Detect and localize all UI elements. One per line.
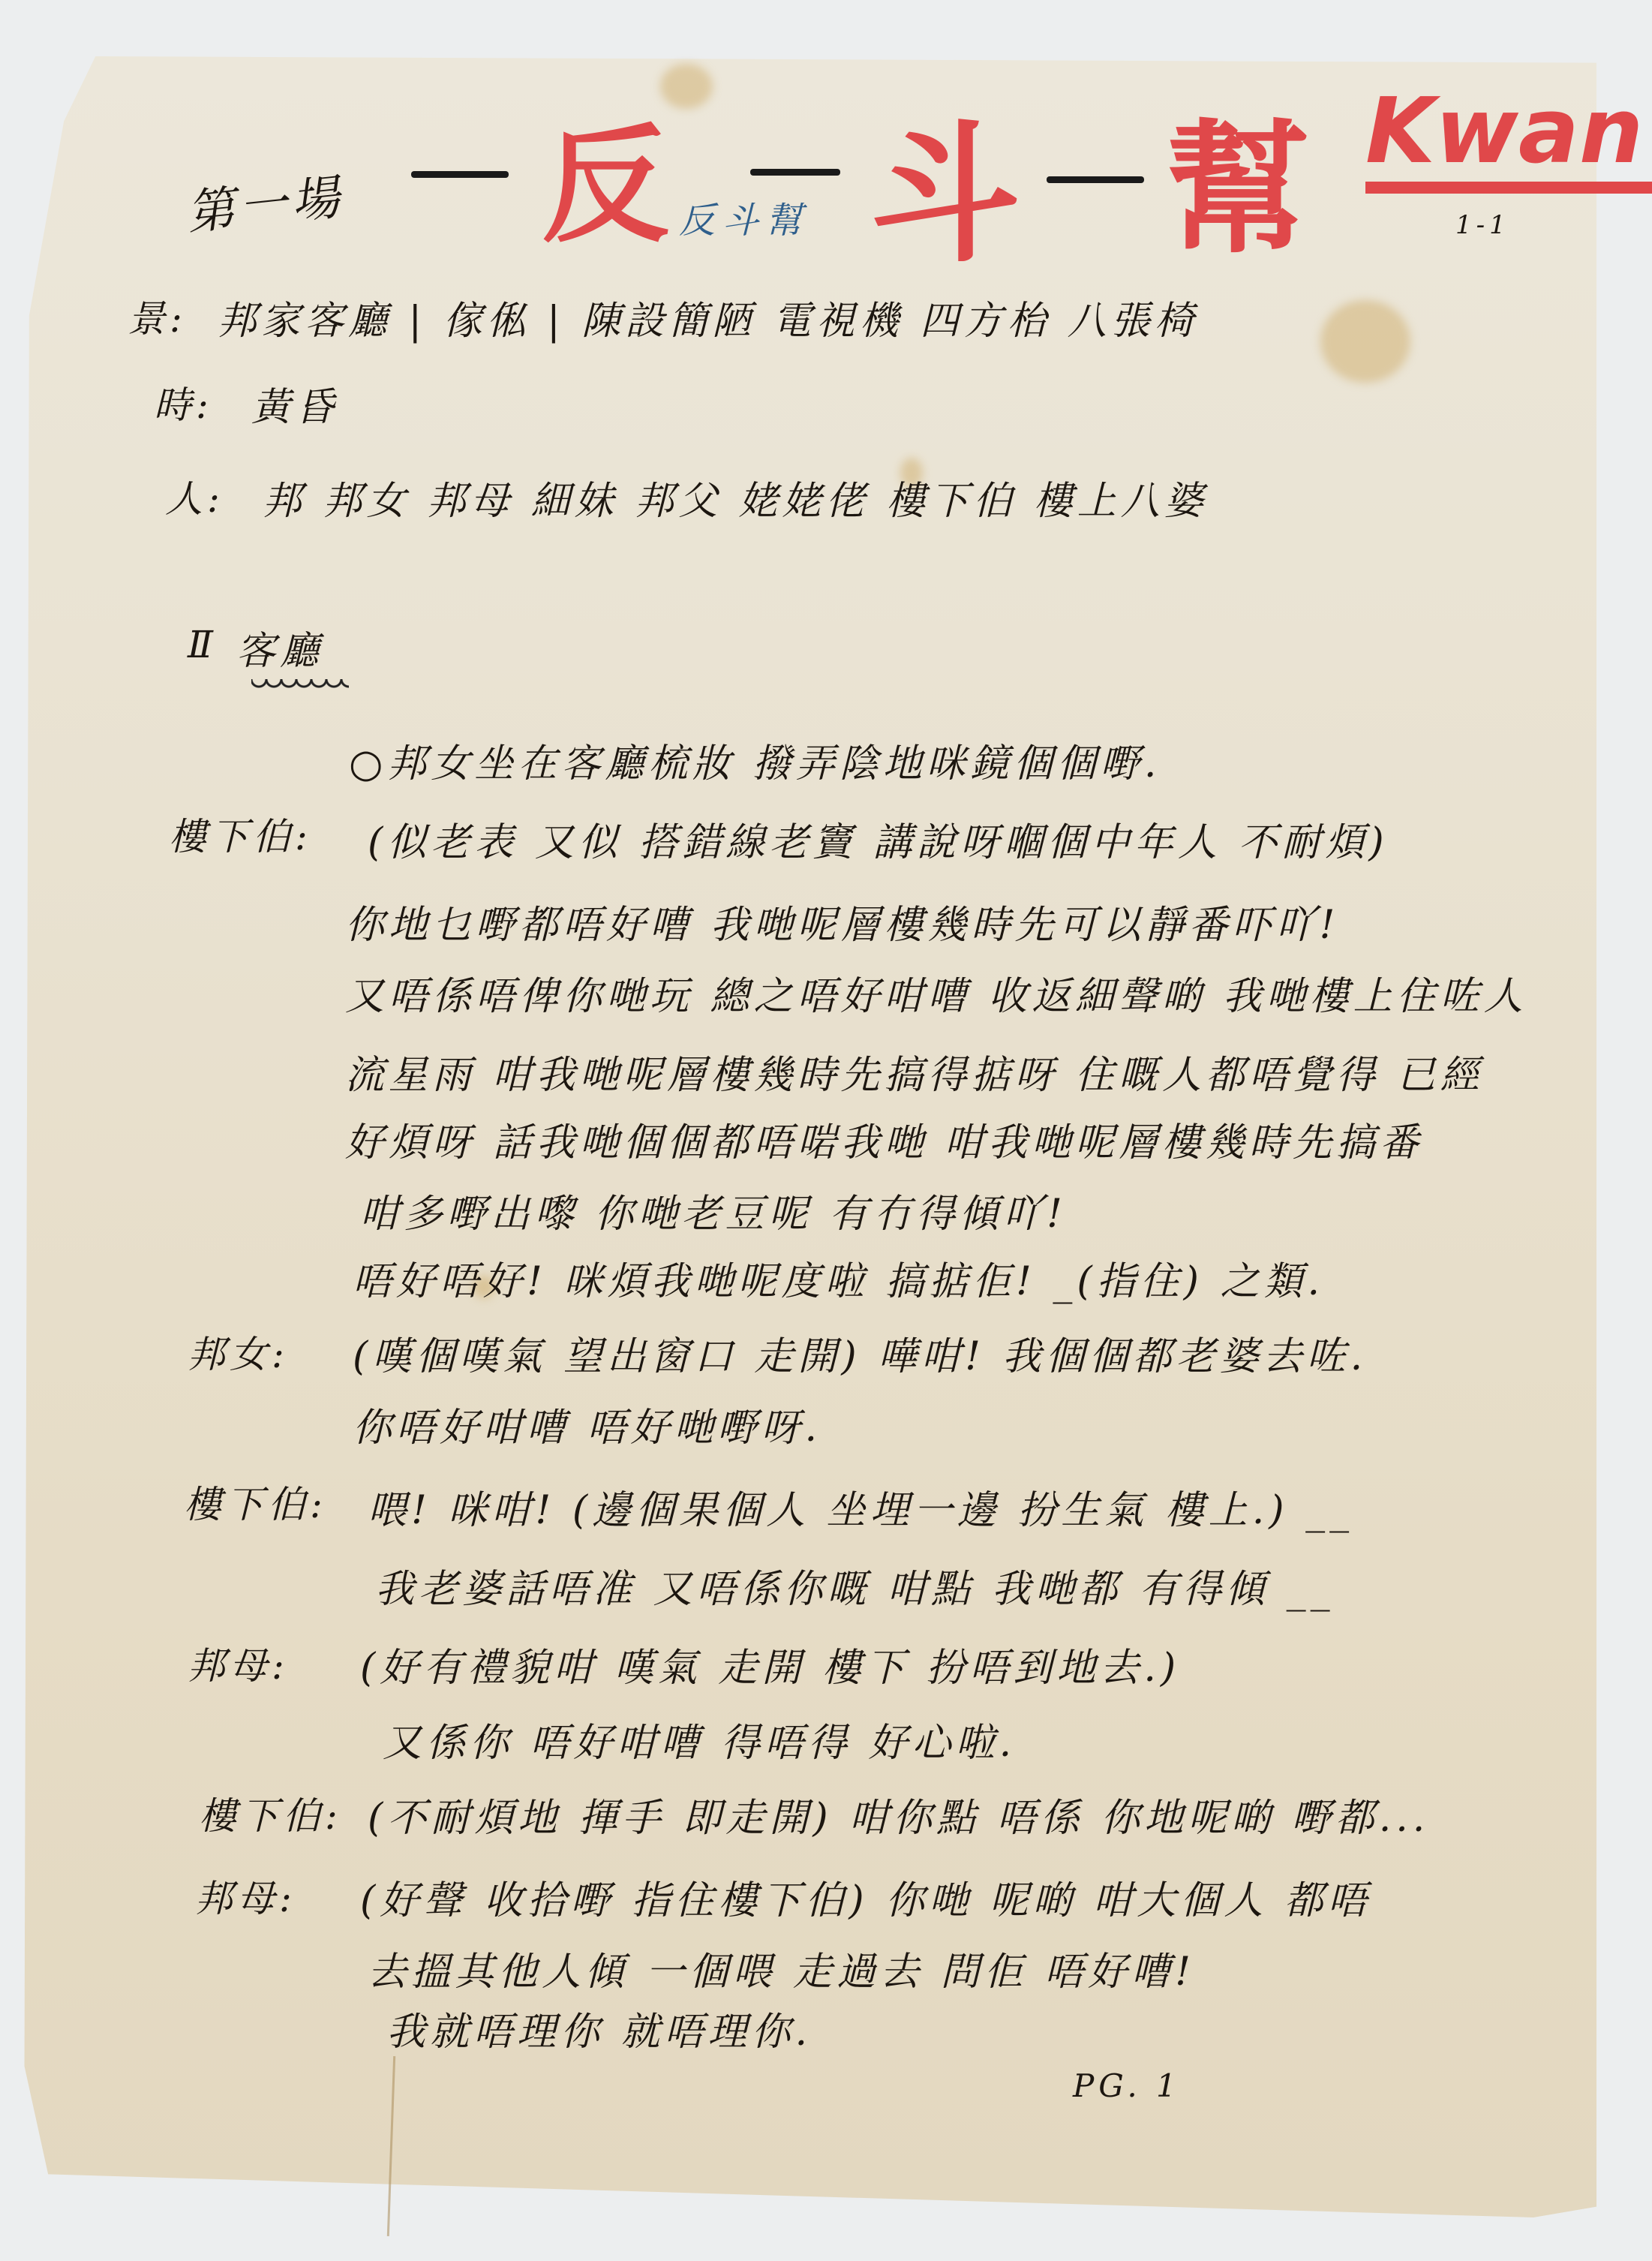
dialogue-line: 我就唔理你 就唔理你.: [386, 2000, 812, 2056]
header-characters-text: 邦 邦女 邦母 細妹 邦父 姥姥佬 樓下伯 樓上八婆: [263, 469, 1208, 525]
dialogue-line: 你唔好咁嘈 唔好哋嘢呀.: [353, 1396, 821, 1452]
dialogue-line: 又唔係唔俾你哋玩 總之唔好咁嘈 收返細聲啲 我哋樓上住咗人: [345, 964, 1527, 1021]
page-code: 1-1: [1455, 210, 1510, 240]
dialogue-line: 又係你 唔好咁嘈 得唔得 好心啦.: [383, 1711, 1016, 1767]
dialogue-line: 唔好唔好! 咪煩我哋呢度啦 搞掂佢! _(指住) 之類.: [353, 1249, 1324, 1306]
speaker-label: 樓下伯:: [199, 1786, 342, 1840]
speaker-label: 邦母:: [188, 1636, 289, 1690]
dialogue-line: 你地乜嘢都唔好嘈 我哋呢層樓幾時先可以靜番吓吖!: [345, 893, 1339, 949]
dialogue-line: 咁多嘢出嚟 你哋老豆呢 有冇得傾吖!: [360, 1182, 1067, 1238]
signature: Kwan: [1365, 83, 1652, 194]
dialogue-line: (不耐煩地 揮手 即走開) 咁你點 唔係 你地呢啲 嘢都...: [368, 1786, 1429, 1842]
title-char-1: 反: [542, 83, 669, 266]
title-dash: [750, 169, 840, 176]
page-number: PG. 1: [1073, 2067, 1181, 2104]
speaker-label: 樓下伯:: [184, 1475, 327, 1529]
dialogue-line: 去搵其他人傾 一個喂 走過去 問佢 唔好嘈!: [368, 1940, 1195, 1996]
header-time-label: 時:: [154, 375, 213, 429]
header-setting-label: 景:: [128, 289, 187, 343]
speaker-label: 邦母:: [195, 1869, 296, 1923]
stage-direction: ○邦女坐在客廳梳妝 撥弄陰地咪鏡個個嘢.: [349, 732, 1161, 788]
title-char-3: 幫: [1167, 75, 1309, 280]
water-stain: [1320, 300, 1410, 383]
title-dash: [411, 171, 509, 178]
dialogue-line: 好煩呀 話我哋個個都唔啱我哋 咁我哋呢層樓幾時先搞番: [345, 1111, 1423, 1167]
header-characters-label: 人:: [165, 469, 224, 523]
section-heading: 客廳: [236, 619, 323, 675]
dialogue-line: (嘆個嘆氣 望出窗口 走開) 嘩咁! 我個個都老婆去咗.: [353, 1324, 1367, 1381]
title-dash: [1047, 176, 1144, 183]
dialogue-line: (好有禮貌咁 嘆氣 走開 樓下 扮唔到地去.): [360, 1636, 1180, 1692]
title-char-2: 斗: [870, 75, 1020, 290]
dialogue-line: (似老表 又似 搭錯線老竇 講說呀嗰個中年人 不耐煩): [368, 810, 1389, 867]
dialogue-line: 我老婆話唔准 又唔係你嘅 咁點 我哋都 有得傾 __: [375, 1557, 1335, 1613]
header-time-text: 黃昏: [251, 375, 338, 431]
speaker-label: 樓下伯:: [169, 807, 312, 861]
dialogue-line: 喂! 咪咁! (邊個果個人 坐埋一邊 扮生氣 樓上.) __: [368, 1478, 1353, 1535]
speaker-label: 邦女:: [188, 1324, 289, 1379]
dialogue-line: 流星雨 咁我哋呢層樓幾時先搞得掂呀 住嘅人都唔覺得 已經: [345, 1043, 1484, 1099]
dialogue-line: (好聲 收拾嘢 指住樓下伯) 你哋 呢啲 咁大個人 都唔: [360, 1869, 1371, 1925]
section-marker: Ⅱ: [188, 623, 218, 666]
blue-subtitle: 反斗幫: [679, 191, 809, 243]
header-setting-text: 邦家客廳 | 傢俬 | 陳設簡陋 電視機 四方枱 八張椅: [218, 289, 1198, 345]
heading-underline: [251, 679, 349, 690]
